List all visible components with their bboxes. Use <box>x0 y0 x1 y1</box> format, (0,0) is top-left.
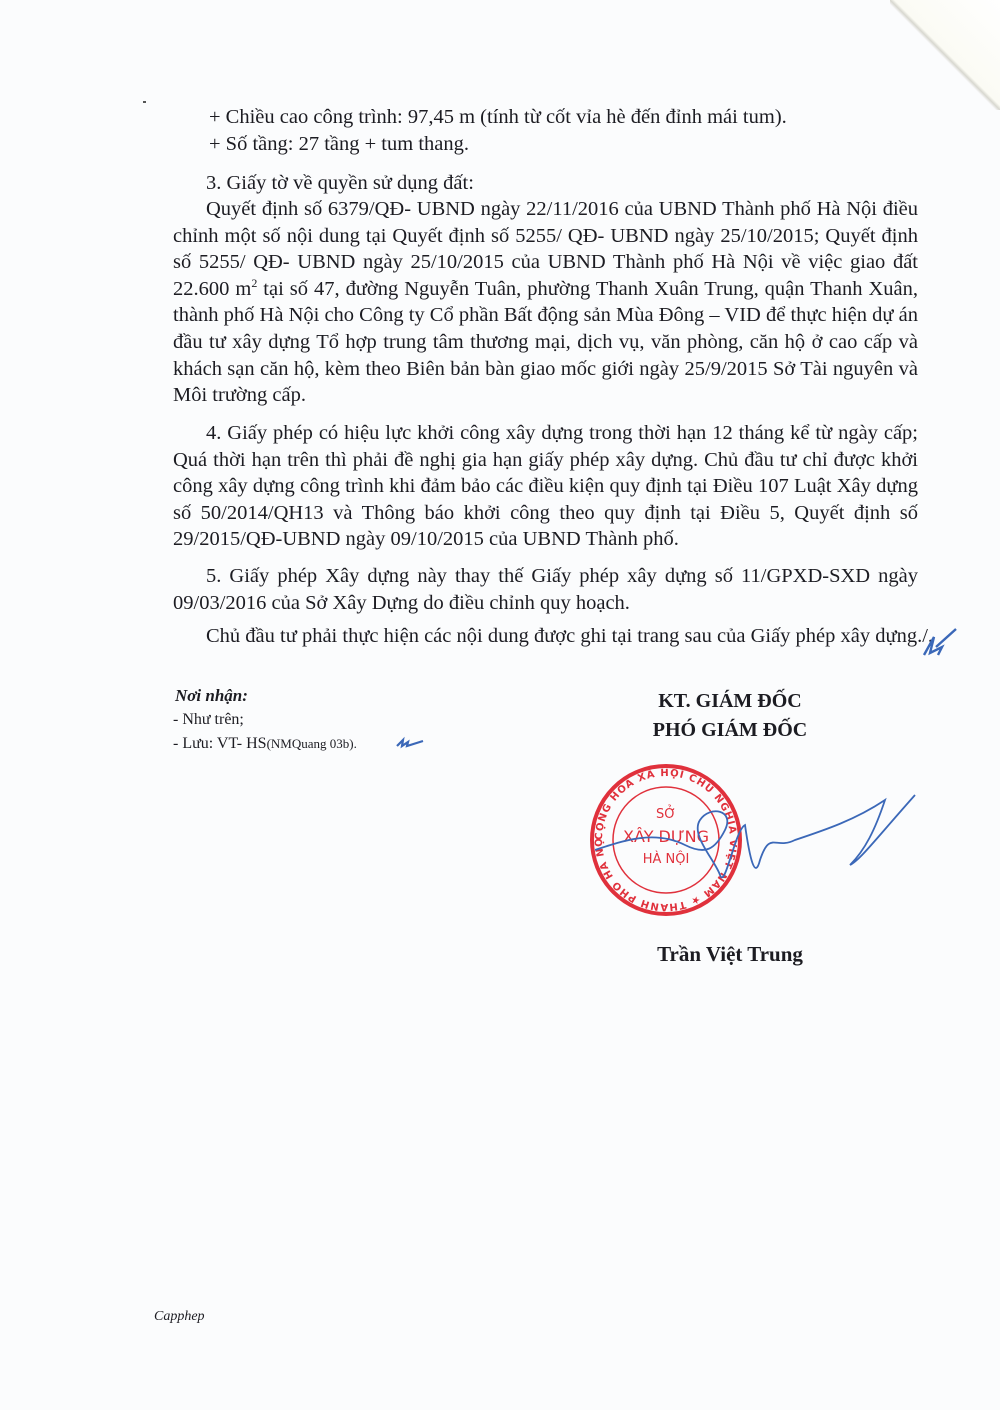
section-3-heading: 3. Giấy tờ về quyền sử dụng đất: <box>206 170 474 196</box>
section-4-text: 4. Giấy phép có hiệu lực khởi công xây d… <box>173 420 918 553</box>
section-5-text: 5. Giấy phép Xây dựng này thay thế Giấy … <box>173 563 918 616</box>
section-4: 4. Giấy phép có hiệu lực khởi công xây d… <box>173 420 918 553</box>
recipient-2-main: - Lưu: VT- HS <box>173 735 267 752</box>
section-5: 5. Giấy phép Xây dựng này thay thế Giấy … <box>173 563 918 616</box>
recipient-2: - Lưu: VT- HS(NMQuang 03b). <box>173 735 357 753</box>
footer-label: Capphep <box>154 1309 205 1325</box>
page-corner-fold <box>890 0 1000 110</box>
scan-speck <box>143 101 146 103</box>
initial-mark-small-icon <box>395 736 425 750</box>
signer-name: Trần Việt Trung <box>610 942 850 967</box>
recipient-1: - Như trên; <box>173 711 244 729</box>
initial-mark-icon <box>920 625 960 660</box>
recipients-title: Nơi nhận: <box>175 686 248 706</box>
handwritten-signature-icon <box>595 790 925 910</box>
height-spec: + Chiều cao công trình: 97,45 m (tính từ… <box>209 104 787 130</box>
recipient-2-note: (NMQuang 03b). <box>267 736 357 751</box>
section-3-body: Quyết định số 6379/QĐ- UBND ngày 22/11/2… <box>173 196 918 409</box>
floors-spec: + Số tầng: 27 tầng + tum thang. <box>209 131 469 157</box>
signature-title-2: PHÓ GIÁM ĐỐC <box>610 719 850 742</box>
signature-title-1: KT. GIÁM ĐỐC <box>610 690 850 713</box>
section-3-text-b: tại số 47, đường Nguyễn Tuân, phường Tha… <box>173 278 918 406</box>
closing-note: Chủ đầu tư phải thực hiện các nội dung đ… <box>206 623 933 649</box>
